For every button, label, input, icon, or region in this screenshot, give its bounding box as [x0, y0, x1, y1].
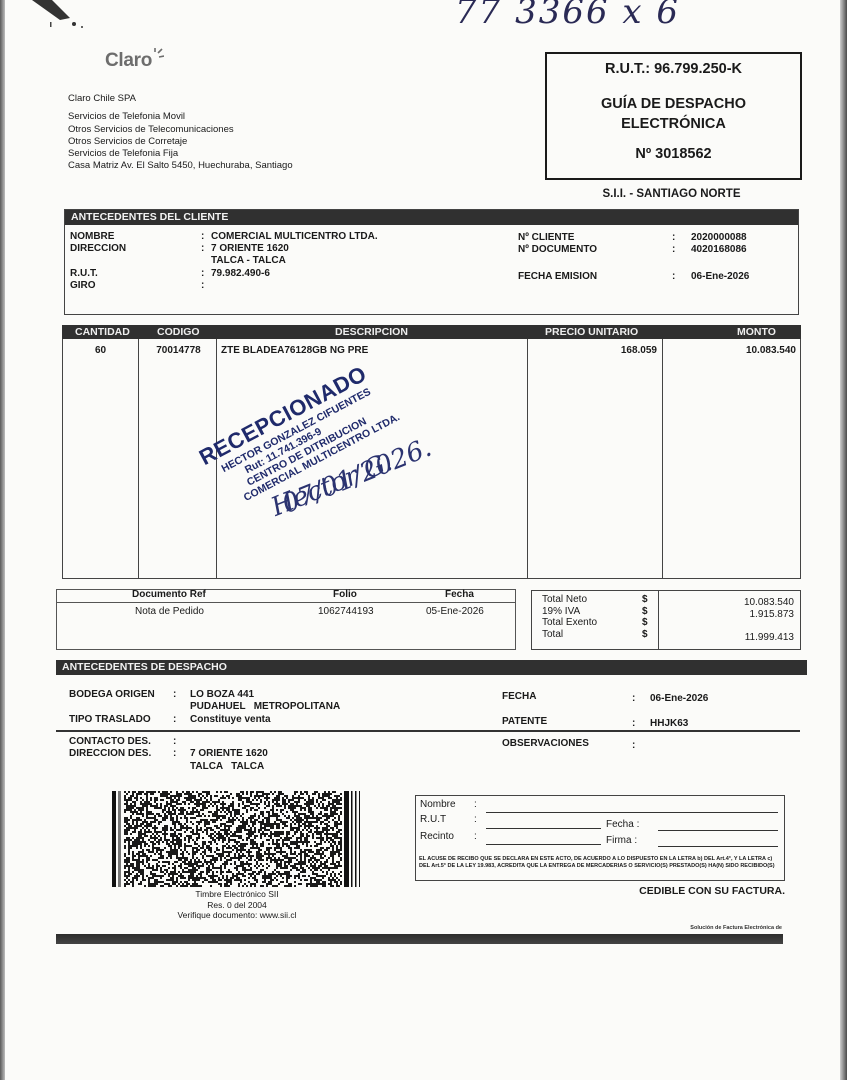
sii-office: S.I.I. - SANTIAGO NORTE: [545, 188, 798, 200]
label-fecha-despacho: FECHA: [502, 691, 536, 703]
fecha-despacho: 06-Ene-2026: [650, 693, 708, 705]
colon: :: [201, 243, 204, 255]
col-documento-ref: Documento Ref: [132, 589, 206, 600]
document-title-line1: GUÍA DE DESPACHO: [547, 94, 800, 114]
footer-bar: [56, 934, 783, 944]
references-table: Documento Ref Folio Fecha Nota de Pedido…: [56, 589, 516, 650]
colon: :: [672, 244, 675, 256]
receipt-acknowledgement: Nombre R.U.T Recinto : : : Fecha : Firma…: [415, 795, 785, 881]
issuer-activity: Otros Servicios de Telecomunicaciones: [68, 124, 293, 136]
cedible-label: CEDIBLE CON SU FACTURA.: [560, 885, 785, 897]
scan-edge-right: [840, 0, 847, 1080]
colon: :: [474, 814, 477, 825]
label-rut: R.U.T.: [70, 268, 98, 280]
iva-value: 1.915.873: [744, 609, 794, 621]
document-ref-number: 4020168086: [691, 244, 747, 256]
label-n-documento: Nº DOCUMENTO: [518, 244, 597, 256]
document-id-box: R.U.T.: 96.799.250-K GUÍA DE DESPACHO EL…: [545, 52, 802, 180]
document-number: Nº 3018562: [547, 146, 800, 162]
ref-folio: 1062744193: [318, 606, 374, 617]
receipt-nombre-label: Nombre: [420, 799, 456, 810]
item-monto: 10.083.540: [663, 345, 796, 356]
issuer-name: Claro Chile SPA: [68, 93, 293, 105]
client-name: COMERCIAL MULTICENTRO LTDA.: [211, 231, 378, 243]
client-section-title: ANTECEDENTES DEL CLIENTE: [65, 210, 798, 225]
label-bodega-origen: BODEGA ORIGEN: [69, 689, 155, 701]
issuer-activity: Otros Servicios de Corretaje: [68, 136, 293, 148]
issuer-info: Claro Chile SPA Servicios de Telefonia M…: [68, 93, 293, 173]
footer-note: Solución de Factura Electrónica de: [560, 925, 782, 931]
direccion-des-line2: TALCA TALCA: [190, 761, 264, 773]
client-section: ANTECEDENTES DEL CLIENTE NOMBRE DIRECCIO…: [64, 209, 799, 315]
total-value: 11.999.413: [744, 632, 794, 644]
col-monto: MONTO: [737, 326, 776, 338]
label-direccion-des: DIRECCION DES.: [69, 748, 151, 760]
issuer-activity: Servicios de Telefonia Movil: [68, 111, 293, 123]
direccion-des-line1: 7 ORIENTE 1620: [190, 748, 268, 760]
client-address-line1: 7 ORIENTE 1620: [211, 243, 289, 255]
currency-symbol: $: [642, 617, 648, 629]
bodega-origen-line2: PUDAHUEL METROPOLITANA: [190, 701, 340, 713]
col-divider: [527, 339, 528, 579]
pdf417-barcode: [112, 791, 362, 887]
col-precio-unitario: PRECIO UNITARIO: [545, 326, 638, 338]
totals-divider: [658, 591, 659, 649]
colon: :: [173, 736, 176, 748]
timbre-line2: Res. 0 del 2004: [112, 900, 362, 911]
col-codigo: CODIGO: [157, 326, 200, 338]
colon: :: [173, 689, 176, 701]
timbre-electronico: Timbre Electrónico SII Res. 0 del 2004 V…: [112, 889, 362, 921]
label-giro: GIRO: [70, 280, 96, 292]
label-fecha-emision: FECHA EMISION: [518, 271, 597, 283]
ref-documento: Nota de Pedido: [135, 606, 204, 617]
client-number: 2020000088: [691, 232, 747, 244]
col-descripcion: DESCRIPCION: [335, 326, 408, 338]
colon: :: [173, 748, 176, 760]
currency-symbol: $: [642, 594, 648, 606]
col-fecha: Fecha: [445, 589, 474, 600]
receipt-recinto-line: [486, 844, 601, 845]
total-neto-value: 10.083.540: [744, 597, 794, 609]
item-precio-unitario: 168.059: [527, 345, 657, 356]
colon: :: [201, 280, 204, 292]
colon: :: [173, 714, 176, 726]
colon: :: [632, 740, 635, 752]
claro-logo: Claro: [105, 50, 152, 72]
verify-document-link[interactable]: Verifique documento: www.sii.cl: [112, 910, 362, 921]
colon: :: [201, 231, 204, 243]
issue-date: 06-Ene-2026: [691, 271, 749, 283]
references-header: Documento Ref Folio Fecha: [57, 590, 515, 603]
ref-fecha: 05-Ene-2026: [426, 606, 484, 617]
bodega-origen-line1: LO BOZA 441: [190, 689, 254, 701]
colon: :: [474, 799, 477, 810]
receipt-firma-line: [658, 846, 778, 847]
issuer-rut: R.U.T.: 96.799.250-K: [547, 61, 800, 77]
item-descripcion: ZTE BLADEA76128GB NG PRE: [221, 345, 368, 356]
colon: :: [672, 232, 675, 244]
receipt-fecha-line: [658, 830, 778, 831]
col-cantidad: CANTIDAD: [75, 326, 130, 338]
receipt-fecha-label: Fecha :: [606, 819, 639, 830]
receipt-legal-text: EL ACUSE DE RECIBO QUE SE DECLARA EN EST…: [419, 856, 781, 870]
label-observaciones: OBSERVACIONES: [502, 738, 589, 750]
totals-box: Total Neto 19% IVA Total Exento Total $ …: [531, 590, 801, 650]
issuer-activity: Servicios de Telefonia Fija: [68, 148, 293, 160]
col-folio: Folio: [333, 589, 357, 600]
currency-symbol: $: [642, 606, 648, 618]
timbre-line1: Timbre Electrónico SII: [112, 889, 362, 900]
colon: :: [201, 268, 204, 280]
colon: :: [474, 831, 477, 842]
currency-symbol: $: [642, 629, 648, 641]
receipt-recinto-label: Recinto: [420, 831, 454, 842]
patente: HHJK63: [650, 718, 688, 730]
total-exento-label: Total Exento: [542, 617, 597, 629]
col-divider: [662, 339, 663, 579]
scan-edge-left: [0, 0, 5, 1080]
issuer-address: Casa Matriz Av. El Salto 5450, Huechurab…: [68, 160, 293, 172]
colon: :: [672, 271, 675, 283]
item-codigo: 70014778: [141, 345, 216, 356]
dispatch-section-title: ANTECEDENTES DE DESPACHO: [56, 660, 807, 675]
client-rut: 79.982.490-6: [211, 268, 270, 280]
client-address-line2: TALCA - TALCA: [211, 255, 286, 267]
label-nombre: NOMBRE: [70, 231, 114, 243]
item-cantidad: 60: [63, 345, 138, 356]
tipo-traslado: Constituye venta: [190, 714, 271, 726]
divider: [56, 730, 800, 732]
claro-rays-icon: [150, 47, 164, 61]
label-tipo-traslado: TIPO TRASLADO: [69, 714, 151, 726]
receipt-firma-label: Firma :: [606, 835, 637, 846]
receipt-rut-label: R.U.T: [420, 814, 446, 825]
receipt-rut-line: [486, 828, 601, 829]
total-label: Total: [542, 629, 597, 641]
receipt-nombre-line: [486, 812, 778, 813]
col-divider: [138, 339, 139, 579]
items-table-header: CANTIDAD CODIGO DESCRIPCION PRECIO UNITA…: [62, 325, 801, 339]
label-n-cliente: Nº CLIENTE: [518, 232, 574, 244]
colon: :: [632, 693, 635, 705]
iva-label: 19% IVA: [542, 606, 597, 618]
label-direccion: DIRECCION: [70, 243, 126, 255]
document-title: GUÍA DE DESPACHO ELECTRÓNICA: [547, 94, 800, 134]
label-contacto: CONTACTO DES.: [69, 736, 151, 748]
scan-corner-mark: [30, 0, 90, 30]
total-neto-label: Total Neto: [542, 594, 597, 606]
handwritten-note: 77 3366 x 6: [455, 0, 680, 32]
colon: :: [632, 718, 635, 730]
document-title-line2: ELECTRÓNICA: [547, 114, 800, 134]
label-patente: PATENTE: [502, 716, 547, 728]
total-exento-value: [744, 620, 794, 632]
